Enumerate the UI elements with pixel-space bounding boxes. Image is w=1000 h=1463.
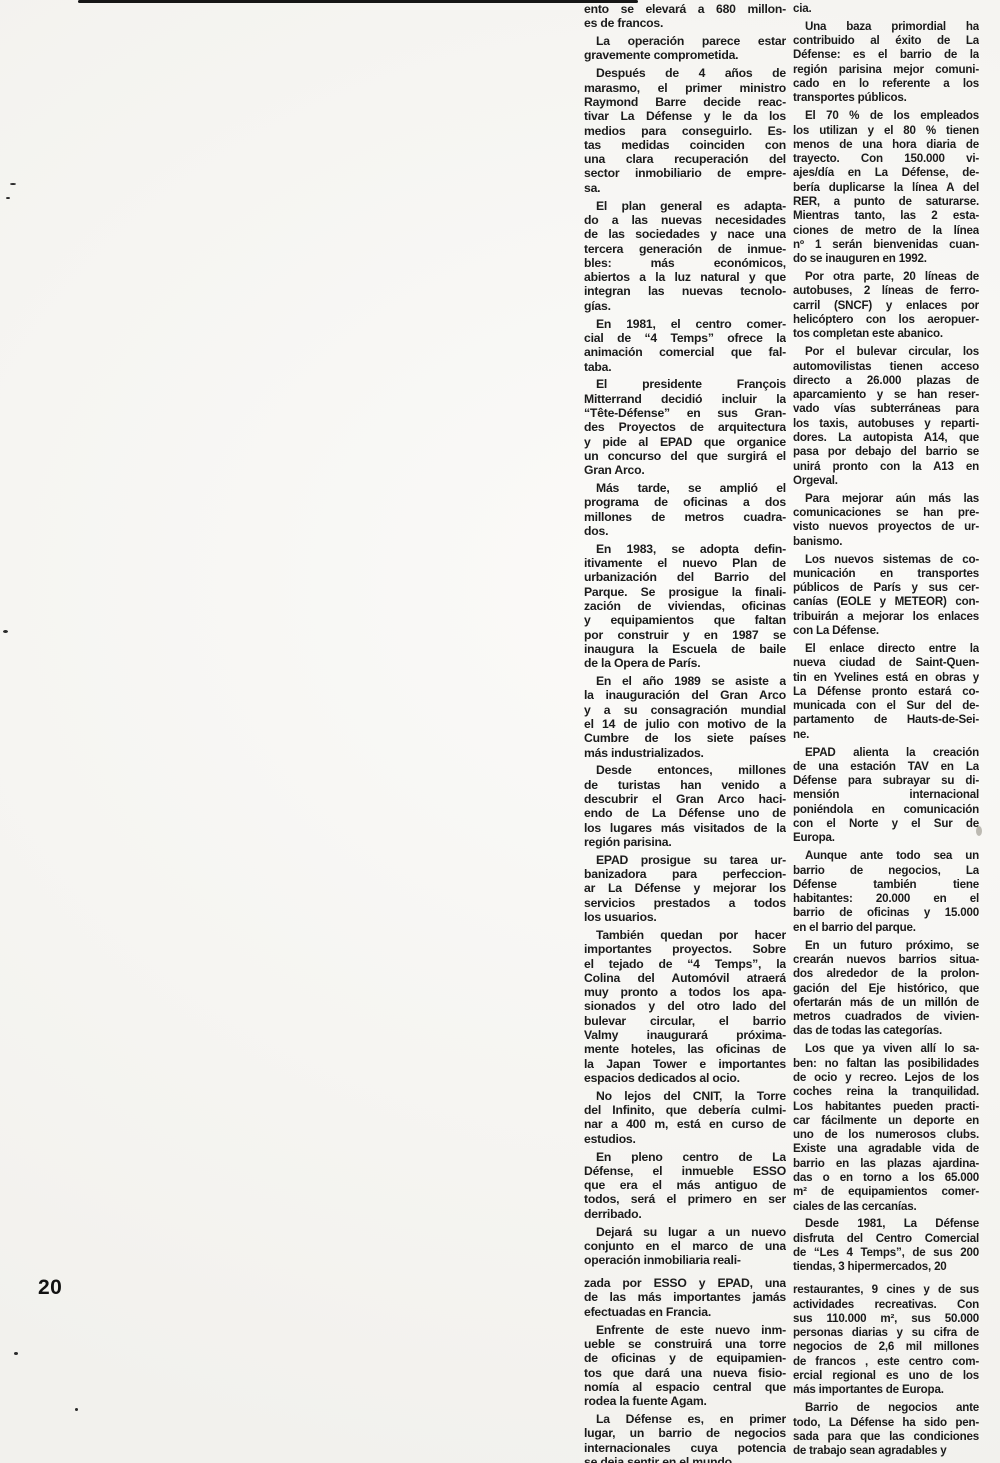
scan-speck xyxy=(3,630,8,633)
text-line: menos de una hora diaria de xyxy=(793,138,979,152)
paragraph: En 1983, se adopta defin-itivamente el n… xyxy=(584,542,786,671)
text-line: actividades recreativas. Con xyxy=(793,1298,979,1312)
scan-top-rule xyxy=(78,0,638,3)
paragraph: cia. xyxy=(793,2,979,16)
text-line: ofertarán más de un millón de xyxy=(793,996,979,1010)
paragraph: Desde 1981, La Défensedisfruta del Centr… xyxy=(793,1217,979,1274)
paragraph: En un futuro próximo, secrearán nuevos b… xyxy=(793,939,979,1039)
text-line: descubrir el Gran Arco haci- xyxy=(584,792,786,806)
text-line: El plan general es adapta- xyxy=(584,199,786,213)
text-line: mensión internacional xyxy=(793,788,979,802)
text-line: y pide al EPAD que organice xyxy=(584,435,786,449)
text-line: tos que dará una nueva fisio- xyxy=(584,1366,786,1380)
text-line: autobuses, 2 líneas de ferro- xyxy=(793,284,979,298)
text-line: No lejos del CNIT, la Torre xyxy=(584,1089,786,1103)
text-line: disfruta del Centro Comercial xyxy=(793,1232,979,1246)
text-line: dos alrededor de la prolon- xyxy=(793,967,979,981)
text-line: rodea la fuente Agam. xyxy=(584,1394,786,1408)
text-line: operación inmobiliaria reali- xyxy=(584,1253,786,1267)
text-line: Barrio de negocios ante xyxy=(793,1401,979,1415)
text-line: zada por ESSO y EPAD, una xyxy=(584,1276,786,1290)
paragraph: Dejará su lugar a un nuevoconjunto en el… xyxy=(584,1225,786,1268)
text-line: En pleno centro de La xyxy=(584,1150,786,1164)
text-line: tribuirán a mejorar los enlaces xyxy=(793,610,979,624)
text-line: marasmo, el primer ministro xyxy=(584,81,786,95)
text-line: pasa por debajo del barrio se xyxy=(793,445,979,459)
text-line: una clara recuperación del xyxy=(584,152,786,166)
scan-speck xyxy=(6,197,10,199)
text-line: do se inauguren en 1992. xyxy=(793,252,979,266)
paragraph: El enlace directo entre lanueva ciudad d… xyxy=(793,642,979,742)
text-line: En 1983, se adopta defin- xyxy=(584,542,786,556)
text-line: la Japan Tower e importantes xyxy=(584,1057,786,1071)
text-line: El 70 % de los empleados xyxy=(793,109,979,123)
text-line: visto nuevos proyectos de ur- xyxy=(793,520,979,534)
text-line: de turistas han venido a xyxy=(584,778,786,792)
text-line: ciales de las cercanías. xyxy=(793,1200,979,1214)
paragraph: Por el bulevar circular, losautomovilist… xyxy=(793,345,979,488)
text-line: barrio de oficinas y 15.000 xyxy=(793,906,979,920)
text-line: conjunto en el marco de una xyxy=(584,1239,786,1253)
text-line: lugar, un barrio de negocios xyxy=(584,1426,786,1440)
paragraph: No lejos del CNIT, la Torredel Infinito,… xyxy=(584,1089,786,1146)
text-line: internacionales cuya potencia xyxy=(584,1441,786,1455)
text-line: Colina del Automóvil atraerá xyxy=(584,971,786,985)
text-line: taba. xyxy=(584,360,786,374)
text-line: contribuido al éxito de La xyxy=(793,34,979,48)
text-line: Después de 4 años de xyxy=(584,66,786,80)
text-line: el 14 de julio con motivo de la xyxy=(584,717,786,731)
text-line: tas medidas coinciden con xyxy=(584,138,786,152)
text-line: con La Défense. xyxy=(793,624,979,638)
text-line: integran las nuevas tecnolo- xyxy=(584,284,786,298)
text-line: bulevar circular, el barrio xyxy=(584,1014,786,1028)
paragraph: Aunque ante todo sea unbarrio de negocio… xyxy=(793,849,979,935)
text-line: inaugura la Escuela de baile xyxy=(584,642,786,656)
text-line: más importantes de Europa. xyxy=(793,1383,979,1397)
text-line: dos. xyxy=(584,524,786,538)
text-line: medios para conseguirlo. Es- xyxy=(584,124,786,138)
text-line: partamento de Hauts-de-Sei- xyxy=(793,713,979,727)
text-line: El presidente François xyxy=(584,377,786,391)
text-line: ne. xyxy=(793,728,979,742)
text-line: El enlace directo entre la xyxy=(793,642,979,656)
text-line: sada para que las condiciones xyxy=(793,1430,979,1444)
text-line: unirá pronto con la A13 en xyxy=(793,460,979,474)
text-line: servicios prestados a todos xyxy=(584,896,786,910)
text-line: nomía al espacio central que xyxy=(584,1380,786,1394)
text-line: Aunque ante todo sea un xyxy=(793,849,979,863)
text-line: programa de oficinas a dos xyxy=(584,495,786,509)
text-line: bles: más económicos, xyxy=(584,256,786,270)
text-line: En un futuro próximo, se xyxy=(793,939,979,953)
text-line: m² de equipamientos comer- xyxy=(793,1185,979,1199)
paragraph: Desde entonces, millonesde turistas han … xyxy=(584,763,786,849)
text-line: metros cuadrados de vivien- xyxy=(793,1010,979,1024)
text-line: habitantes: 20.000 en el xyxy=(793,892,979,906)
text-line: los utilizan y el 80 % tienen xyxy=(793,124,979,138)
text-line: tercera generación de inmue- xyxy=(584,242,786,256)
text-line: ento se elevará a 680 millon- xyxy=(584,2,786,16)
text-line: transportes públicos. xyxy=(793,91,979,105)
text-line: por construir y en 1987 se xyxy=(584,628,786,642)
text-line: directo a 26.000 plazas de xyxy=(793,374,979,388)
text-line: cado en lo referente a los xyxy=(793,77,979,91)
text-line: más industrializados. xyxy=(584,746,786,760)
text-line: Parque. Se prosigue la finali- xyxy=(584,585,786,599)
paragraph: ento se elevará a 680 millon-es de franc… xyxy=(584,2,786,31)
text-line: públicos de París y sus cer- xyxy=(793,581,979,595)
text-line: región parisina. xyxy=(584,835,786,849)
paragraph: En pleno centro de LaDéfense, el inmuebl… xyxy=(584,1150,786,1221)
text-line: Por otra parte, 20 líneas de xyxy=(793,270,979,284)
text-line: nar a 400 m, está en curso de xyxy=(584,1117,786,1131)
text-line: endo de La Défense uno de xyxy=(584,806,786,820)
paragraph: Para mejorar aún más lascomunicaciones s… xyxy=(793,492,979,549)
text-line: dores. La autopista A14, que xyxy=(793,431,979,445)
text-line: estudios. xyxy=(584,1132,786,1146)
text-line: banizadora para perfeccion- xyxy=(584,867,786,881)
text-line: comunicaciones se han pre- xyxy=(793,506,979,520)
text-line: de las más importantes jamás xyxy=(584,1290,786,1304)
text-line: ercial regional es uno de los xyxy=(793,1369,979,1383)
text-line: Défense: es el barrio de la xyxy=(793,48,979,62)
text-line: personas diarias y su cifra de xyxy=(793,1326,979,1340)
text-line: tiendas, 3 hipermercados, 20 xyxy=(793,1260,979,1274)
text-line: ar La Défense y mejorar los xyxy=(584,881,786,895)
text-line: Enfrente de este nuevo inm- xyxy=(584,1323,786,1337)
text-line: negocios de 2,6 mil millones xyxy=(793,1340,979,1354)
text-line: municación en transportes xyxy=(793,567,979,581)
text-line: bería duplicarse la línea A del xyxy=(793,181,979,195)
text-line: Desde 1981, La Défense xyxy=(793,1217,979,1231)
text-line: millones de metros cuadra- xyxy=(584,510,786,524)
article-column-left: ento se elevará a 680 millon-es de franc… xyxy=(584,2,786,1463)
text-line: de una estación TAV en La xyxy=(793,760,979,774)
paragraph: Por otra parte, 20 líneas deautobuses, 2… xyxy=(793,270,979,341)
paragraph: Barrio de negocios antetodo, La Défense … xyxy=(793,1401,979,1458)
text-line: abiertos a la luz natural y que xyxy=(584,270,786,284)
text-line: aparcamiento y se han reser- xyxy=(793,388,979,402)
text-line: Desde entonces, millones xyxy=(584,763,786,777)
paragraph: En 1981, el centro comer-cial de “4 Temp… xyxy=(584,317,786,374)
text-line: sionados y del otro lado del xyxy=(584,999,786,1013)
text-line: de ocio y recreo. Lejos de los xyxy=(793,1071,979,1085)
text-line: todos, será el primero en ser xyxy=(584,1192,786,1206)
text-line: cial de “4 Temps” ofrece la xyxy=(584,331,786,345)
text-line: La Défense es, en primer xyxy=(584,1412,786,1426)
text-line: que era el más antiguo de xyxy=(584,1178,786,1192)
text-line: Los habitantes pueden practi- xyxy=(793,1100,979,1114)
text-line: de “Les 4 Temps”, de sus 200 xyxy=(793,1246,979,1260)
paragraph: También quedan por hacerimportantes proy… xyxy=(584,928,786,1085)
text-line: ciones de metro de la línea xyxy=(793,224,979,238)
text-line: tivar La Défense y le da los xyxy=(584,109,786,123)
text-line: Los que ya viven allí lo sa- xyxy=(793,1042,979,1056)
text-line: ajes/día en La Défense, de- xyxy=(793,166,979,180)
text-line: nº 1 serán bienvenidas cuan- xyxy=(793,238,979,252)
text-line: importantes proyectos. Sobre xyxy=(584,942,786,956)
text-line: sus 110.000 m², sus 50.000 xyxy=(793,1312,979,1326)
text-line: EPAD alienta la creación xyxy=(793,746,979,760)
text-line: gravemente comprometida. xyxy=(584,48,786,62)
text-line: Gran Arco. xyxy=(584,463,786,477)
text-line: En 1981, el centro comer- xyxy=(584,317,786,331)
text-line: También quedan por hacer xyxy=(584,928,786,942)
text-line: sector inmobiliario de empre- xyxy=(584,166,786,180)
text-line: ueble se construirá una torre xyxy=(584,1337,786,1351)
text-line: Los nuevos sistemas de co- xyxy=(793,553,979,567)
text-line: vado vías subterráneas para xyxy=(793,402,979,416)
paragraph: EPAD prosigue su tarea ur-banizadora par… xyxy=(584,853,786,924)
text-line: des Proyectos de arquitectura xyxy=(584,420,786,434)
text-line: La Défense pronto estará co- xyxy=(793,685,979,699)
text-line: poniéndola en comunicación xyxy=(793,803,979,817)
text-line: uno de los numerosos clubs. xyxy=(793,1128,979,1142)
text-line: muy pronto a todos los apa- xyxy=(584,985,786,999)
text-line: del Infinito, que debería culmi- xyxy=(584,1103,786,1117)
text-line: EPAD prosigue su tarea ur- xyxy=(584,853,786,867)
text-line: un concurso del que surgirá el xyxy=(584,449,786,463)
paragraph: La Défense es, en primerlugar, un barrio… xyxy=(584,1412,786,1463)
text-line: ben: no faltan las posibilidades xyxy=(793,1057,979,1071)
text-line: y equipamientos que faltan xyxy=(584,613,786,627)
text-line: Existe una agradable vida de xyxy=(793,1142,979,1156)
text-line: de la Opera de París. xyxy=(584,656,786,670)
text-line: gías. xyxy=(584,299,786,313)
paragraph: restaurantes, 9 cines y de susactividade… xyxy=(793,1283,979,1397)
text-line: Mitterrand decidió incluir la xyxy=(584,392,786,406)
text-line: es de francos. xyxy=(584,16,786,30)
text-line: barrio en las plazas ajardina- xyxy=(793,1157,979,1171)
text-line: tin en Yvelines está en obras y xyxy=(793,671,979,685)
text-line: La operación parece estar xyxy=(584,34,786,48)
text-line: todo, La Défense ha sido pen- xyxy=(793,1416,979,1430)
text-line: RER, a punto de saturarse. xyxy=(793,195,979,209)
text-line: tos completan este abanico. xyxy=(793,327,979,341)
paragraph: zada por ESSO y EPAD, unade las más impo… xyxy=(584,1276,786,1319)
text-line: los taxis, autobuses y reparti- xyxy=(793,417,979,431)
text-line: con el Norte y el Sur de xyxy=(793,817,979,831)
paragraph: El 70 % de los empleadoslos utilizan y e… xyxy=(793,109,979,266)
text-line: Défense para subrayar su di- xyxy=(793,774,979,788)
text-line: nueva ciudad de Saint-Quen- xyxy=(793,656,979,670)
text-line: de oficinas y de equipamien- xyxy=(584,1351,786,1365)
text-line: itivamente el nuevo Plan de xyxy=(584,556,786,570)
text-line: barrio de negocios, La xyxy=(793,864,979,878)
text-line: car fácilmente un deporte en xyxy=(793,1114,979,1128)
text-line: los lugares más visitados de la xyxy=(584,821,786,835)
paragraph: Una baza primordial hacontribuido al éxi… xyxy=(793,20,979,106)
text-line: se deja sentir en el mundo xyxy=(584,1455,786,1463)
scanned-document-page: 20 ento se elevará a 680 millon-es de fr… xyxy=(0,0,1000,1463)
text-line: el tejado de “4 Temps”, la xyxy=(584,957,786,971)
scan-speck xyxy=(10,183,16,185)
text-line: Orgeval. xyxy=(793,474,979,488)
article-column-right: cia.Una baza primordial hacontribuido al… xyxy=(793,2,979,1463)
text-line: la inauguración del Gran Arco xyxy=(584,688,786,702)
text-line: Défense, el inmueble ESSO xyxy=(584,1164,786,1178)
text-line: de francos , este centro com- xyxy=(793,1355,979,1369)
paragraph: La operación parece estargravemente comp… xyxy=(584,34,786,63)
text-line: coches reina la tranquilidad. xyxy=(793,1085,979,1099)
scan-speck xyxy=(75,1408,78,1411)
text-line: Europa. xyxy=(793,831,979,845)
text-line: gación del Eje histórico, que xyxy=(793,982,979,996)
text-line: “Tête-Défense” en sus Gran- xyxy=(584,406,786,420)
text-line: municada con el Sur del de- xyxy=(793,699,979,713)
paragraph: Los nuevos sistemas de co-municación en … xyxy=(793,553,979,639)
text-line: carril (SNCF) y enlaces por xyxy=(793,299,979,313)
text-line: derribado. xyxy=(584,1207,786,1221)
text-line: sa. xyxy=(584,181,786,195)
text-line: en el barrio del parque. xyxy=(793,921,979,935)
text-line: Cumbre de los siete países xyxy=(584,731,786,745)
text-line: los usuarios. xyxy=(584,910,786,924)
text-line: do a las nuevas necesidades xyxy=(584,213,786,227)
text-line: banismo. xyxy=(793,535,979,549)
text-line: cia. xyxy=(793,2,979,16)
text-line: automovilistas tienen acceso xyxy=(793,360,979,374)
text-line: das o en torno a los 65.000 xyxy=(793,1171,979,1185)
text-line: En el año 1989 se asiste a xyxy=(584,674,786,688)
paragraph: EPAD alienta la creaciónde una estación … xyxy=(793,746,979,846)
text-line: das de todas las categorías. xyxy=(793,1024,979,1038)
scan-smudge xyxy=(976,826,982,836)
text-line: Mientras tanto, las 2 esta- xyxy=(793,209,979,223)
text-line: Raymond Barre decide reac- xyxy=(584,95,786,109)
text-line: Valmy inaugurará próxima- xyxy=(584,1028,786,1042)
paragraph: El presidente FrançoisMitterrand decidió… xyxy=(584,377,786,477)
paragraph: El plan general es adapta-do a las nueva… xyxy=(584,199,786,313)
text-line: crearán nuevos barrios situa- xyxy=(793,953,979,967)
paragraph: Después de 4 años demarasmo, el primer m… xyxy=(584,66,786,195)
text-line: animación comercial que fal- xyxy=(584,345,786,359)
text-line: de trabajo sean agradables y xyxy=(793,1444,979,1458)
text-line: espacios dedicados al ocio. xyxy=(584,1071,786,1085)
text-line: helicóptero con los aeropuer- xyxy=(793,313,979,327)
text-line: efectuadas en Francia. xyxy=(584,1305,786,1319)
scan-speck xyxy=(14,1352,18,1355)
text-line: canías (EOLE y METEOR) con- xyxy=(793,595,979,609)
text-line: zación de viviendas, oficinas xyxy=(584,599,786,613)
text-line: restaurantes, 9 cines y de sus xyxy=(793,1283,979,1297)
paragraph: Enfrente de este nuevo inm-ueble se cons… xyxy=(584,1323,786,1409)
text-line: trayecto. Con 150.000 vi- xyxy=(793,152,979,166)
paragraph: Los que ya viven allí lo sa-ben: no falt… xyxy=(793,1042,979,1214)
paragraph: En el año 1989 se asiste ala inauguració… xyxy=(584,674,786,760)
text-line: urbanización del Barrio del xyxy=(584,570,786,584)
text-line: Para mejorar aún más las xyxy=(793,492,979,506)
text-line: Más tarde, se amplió el xyxy=(584,481,786,495)
text-line: Dejará su lugar a un nuevo xyxy=(584,1225,786,1239)
text-line: Défense también tiene xyxy=(793,878,979,892)
text-line: Por el bulevar circular, los xyxy=(793,345,979,359)
text-line: Una baza primordial ha xyxy=(793,20,979,34)
text-line: mente hoteles, las oficinas de xyxy=(584,1042,786,1056)
paragraph: Más tarde, se amplió elprograma de ofici… xyxy=(584,481,786,538)
page-number: 20 xyxy=(38,1276,62,1300)
text-line: y a su consagración mundial xyxy=(584,703,786,717)
text-line: de las sociedades y nace una xyxy=(584,227,786,241)
text-line: región parisina mejor comuni- xyxy=(793,63,979,77)
